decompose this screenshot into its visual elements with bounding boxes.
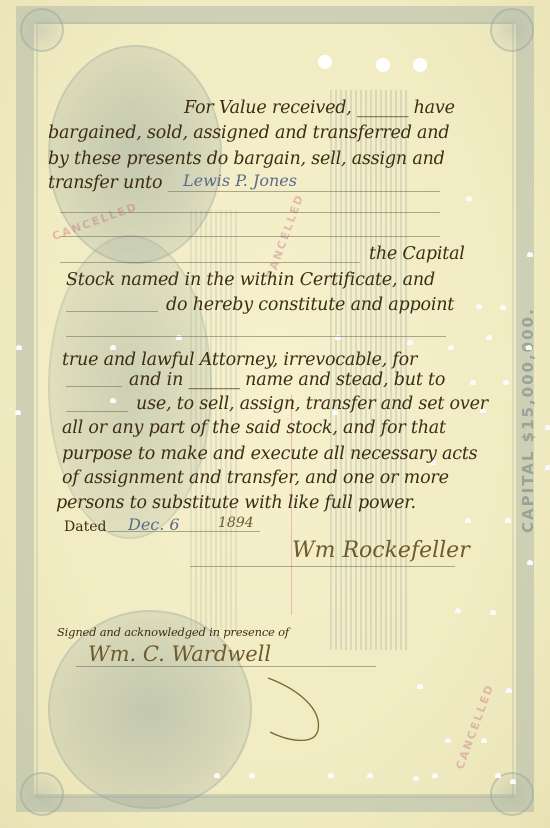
body-line-12: purpose to make and execute all necessar… — [62, 444, 477, 464]
perforation — [495, 773, 501, 778]
corner-ornament-icon — [20, 772, 64, 816]
perforation — [407, 340, 413, 345]
blank-rule — [60, 262, 360, 263]
perforation — [505, 518, 511, 523]
body-line-5: the Capital — [369, 244, 465, 264]
perforation — [455, 608, 461, 613]
perforation — [500, 305, 506, 310]
body-line-8: true and lawful Attorney, irrevocable, f… — [62, 350, 417, 370]
punch-hole — [413, 58, 427, 72]
perforation — [328, 773, 334, 778]
corner-ornament-icon — [20, 8, 64, 52]
perforation — [466, 196, 472, 201]
perforation — [527, 252, 533, 257]
blank-rule — [60, 212, 440, 213]
blank-rule — [66, 336, 446, 337]
perforation — [110, 398, 116, 403]
perforation — [526, 345, 532, 350]
body-line-14: persons to substitute with like full pow… — [56, 493, 416, 513]
perforation — [490, 610, 496, 615]
dated-label: Dated — [64, 519, 106, 535]
perforation — [249, 773, 255, 778]
punch-hole — [318, 55, 332, 69]
perforation — [545, 465, 550, 470]
perforation — [503, 380, 509, 385]
body-line-9: and in ______ name and stead, but to — [129, 370, 445, 390]
perforation — [445, 738, 451, 743]
witness-signature: Wm. C. Wardwell — [88, 642, 271, 666]
perforation — [481, 738, 487, 743]
signature-rule — [190, 566, 455, 567]
witness-rule — [76, 666, 376, 667]
assignor-signature: Wm Rockefeller — [292, 538, 470, 563]
perforation — [15, 410, 21, 415]
perforation — [506, 688, 512, 693]
body-line-2: bargained, sold, assigned and transferre… — [48, 123, 449, 143]
certificate-paper: CAPITAL $15,000,000. CANCELLED CANCELLED… — [0, 0, 550, 828]
punch-hole — [376, 58, 390, 72]
perforation — [527, 560, 533, 565]
perforation — [476, 304, 482, 309]
body-line-6: Stock named in the within Certificate, a… — [66, 270, 435, 290]
body-line-7: do hereby constitute and appoint — [166, 295, 454, 315]
body-line-11: all or any part of the said stock, and f… — [62, 418, 446, 438]
blank-rule — [66, 386, 122, 387]
perforation — [367, 773, 373, 778]
perforation — [448, 345, 454, 350]
transferee-rule — [168, 191, 440, 192]
perforation — [214, 773, 220, 778]
perforation — [545, 425, 550, 430]
body-line-4: transfer unto — [48, 173, 162, 193]
blank-rule — [66, 311, 158, 312]
perforation — [413, 776, 419, 781]
perforation — [510, 779, 516, 784]
capital-border-label: CAPITAL $15,000,000. — [517, 285, 539, 555]
signature-flourish-icon — [260, 670, 340, 750]
perforation — [432, 773, 438, 778]
transferee-name: Lewis P. Jones — [183, 171, 297, 190]
body-line-3: by these presents do bargain, sell, assi… — [48, 149, 445, 169]
witness-label: Signed and acknowledged in presence of — [57, 622, 289, 642]
perforation — [417, 684, 423, 689]
body-line-1: For Value received, ______ have — [184, 98, 455, 118]
date-year: 1894 — [218, 515, 254, 531]
body-line-10: use, to sell, assign, transfer and set o… — [136, 394, 488, 414]
perforation — [16, 345, 22, 350]
blank-rule — [66, 411, 128, 412]
blank-rule — [60, 236, 440, 237]
body-line-13: of assignment and transfer, and one or m… — [62, 468, 449, 488]
date-month-day: Dec. 6 — [128, 515, 180, 534]
perforation — [465, 518, 471, 523]
corner-ornament-icon — [490, 8, 534, 52]
perforation — [470, 380, 476, 385]
perforation — [486, 335, 492, 340]
